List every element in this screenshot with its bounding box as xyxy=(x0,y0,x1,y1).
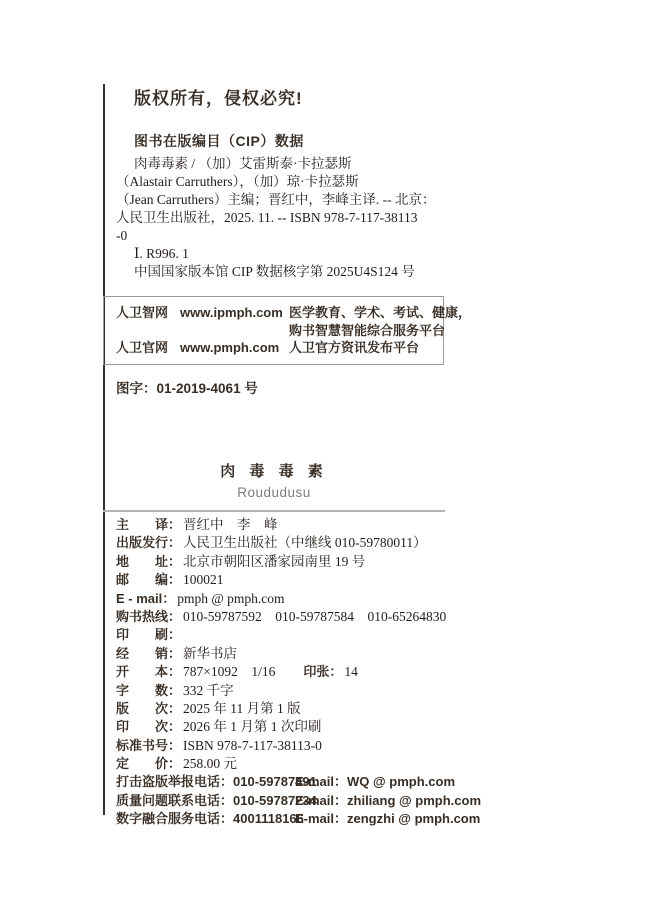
info-label: 定 价： xyxy=(116,756,181,771)
info-row-email: E - mail：pmph @ pmph.com xyxy=(116,590,626,608)
cip-line: （Alastair Carruthers），（加）琼·卡拉瑟斯 xyxy=(116,173,586,191)
hotline-email: E-mail：WQ @ pmph.com xyxy=(295,773,455,791)
info-value: 2026 年 1 月第 1 次印刷 xyxy=(183,719,321,734)
info-value: 新华书店 xyxy=(183,646,237,661)
service-url: www.ipmph.com xyxy=(180,304,289,322)
hotline-label: 质量问题联系电话： xyxy=(116,793,233,808)
hotline-label: 数字融合服务电话： xyxy=(116,811,233,826)
hotline-phone: 4001118166 xyxy=(233,811,304,826)
info-label: 版 次： xyxy=(116,701,181,716)
info-label: 印 刷： xyxy=(116,627,181,642)
service-url xyxy=(180,322,289,340)
info-row-distributor: 经 销：新华书店 xyxy=(116,645,626,663)
hotline-email: E-mail：zengzhi @ pmph.com xyxy=(295,810,480,828)
publication-info-list: 主 译：晋红中 李 峰 出版发行：人民卫生出版社（中继线 010-5978001… xyxy=(116,516,626,829)
email-value: zengzhi @ pmph.com xyxy=(347,811,480,826)
info-value: 人民卫生出版社（中继线 010-59780011） xyxy=(183,535,427,550)
cip-classification: Ⅰ. R996. 1 xyxy=(116,245,586,263)
info-value: 晋红中 李 峰 xyxy=(183,517,278,532)
service-desc: 医学教育、学术、考试、健康， xyxy=(289,304,471,322)
info-value: 258.00 元 xyxy=(183,756,237,771)
publisher-services-box: 人卫智网 www.ipmph.com 医学教育、学术、考试、健康， 购书智慧智能… xyxy=(103,296,444,365)
info-row-printing: 印 次：2026 年 1 月第 1 次印刷 xyxy=(116,718,626,736)
left-vertical-rule xyxy=(103,84,105,815)
title-block: 肉 毒 毒 素 Roududusu xyxy=(103,460,445,500)
hotline-row-quality: 质量问题联系电话：010-59787234E-mail：zhiliang @ p… xyxy=(116,792,626,810)
info-value: ISBN 978-7-117-38113-0 xyxy=(183,738,322,753)
info-row-address: 地 址：北京市朝阳区潘家园南里 19 号 xyxy=(116,553,626,571)
info-label: 出版发行： xyxy=(116,535,181,550)
info-row-postcode: 邮 编：100021 xyxy=(116,571,626,589)
email-label: E-mail： xyxy=(295,774,347,789)
info-label: E - mail： xyxy=(116,591,175,606)
copyright-page: { "page": { "copyright_notice": "版权所有，侵权… xyxy=(0,0,651,900)
hotline-email: E-mail：zhiliang @ pmph.com xyxy=(295,792,481,810)
info-row-translators: 主 译：晋红中 李 峰 xyxy=(116,516,626,534)
info-row-printer: 印 刷： xyxy=(116,626,626,644)
info-value: pmph @ pmph.com xyxy=(177,591,284,606)
info-value: 2025 年 11 月第 1 版 xyxy=(183,701,301,716)
info-value: 北京市朝阳区潘家园南里 19 号 xyxy=(183,554,365,569)
book-title: 肉 毒 毒 素 xyxy=(103,460,445,481)
cip-line: -0 xyxy=(116,227,586,245)
cip-heading: 图书在版编目（CIP）数据 xyxy=(134,131,304,151)
info-label: 地 址： xyxy=(116,554,181,569)
cip-line: 肉毒毒素 / （加）艾雷斯泰·卡拉瑟斯 xyxy=(116,155,586,173)
hotline-row-digital: 数字融合服务电话：4001118166E-mail：zengzhi @ pmph… xyxy=(116,810,626,828)
email-label: E-mail： xyxy=(295,811,347,826)
info-label-sheets: 印张： xyxy=(303,664,342,679)
info-value: 787×1092 1/16 xyxy=(183,664,275,679)
info-label: 印 次： xyxy=(116,719,181,734)
copyright-notice: 版权所有，侵权必究! xyxy=(134,84,303,109)
info-label: 主 译： xyxy=(116,517,181,532)
service-desc: 购书智慧智能综合服务平台 xyxy=(289,322,471,340)
info-row-isbn: 标准书号：ISBN 978-7-117-38113-0 xyxy=(116,737,626,755)
divider-rule xyxy=(103,510,445,512)
license-number: 图字：01-2019-4061 号 xyxy=(116,377,258,397)
email-label: E-mail： xyxy=(295,793,347,808)
info-row-order-hotline: 购书热线：010-59787592 010-59787584 010-65264… xyxy=(116,608,626,626)
service-url: www.pmph.com xyxy=(180,339,289,357)
info-row-price: 定 价：258.00 元 xyxy=(116,755,626,773)
hotline-label: 打击盗版举报电话： xyxy=(116,774,233,789)
info-value: 010-59787592 010-59787584 010-65264830 xyxy=(183,609,446,624)
info-label: 开 本： xyxy=(116,664,181,679)
info-value: 332 千字 xyxy=(183,683,234,698)
info-value-sheets: 14 xyxy=(344,664,358,679)
service-desc: 人卫官方资讯发布平台 xyxy=(289,339,471,357)
info-row-publisher: 出版发行：人民卫生出版社（中继线 010-59780011） xyxy=(116,534,626,552)
email-value: zhiliang @ pmph.com xyxy=(347,793,481,808)
cip-block: 肉毒毒素 / （加）艾雷斯泰·卡拉瑟斯 （Alastair Carruthers… xyxy=(116,155,586,281)
cip-line: 人民卫生出版社，2025. 11. -- ISBN 978-7-117-3811… xyxy=(116,209,586,227)
info-label: 邮 编： xyxy=(116,572,181,587)
info-label: 标准书号： xyxy=(116,738,181,753)
book-title-pinyin: Roududusu xyxy=(103,485,445,500)
service-name: 人卫智网 xyxy=(116,304,180,322)
services-grid: 人卫智网 www.ipmph.com 医学教育、学术、考试、健康， 购书智慧智能… xyxy=(116,304,443,357)
info-label: 购书热线： xyxy=(116,609,181,624)
info-label: 字 数： xyxy=(116,683,181,698)
hotline-row-piracy: 打击盗版举报电话：010-59787491E-mail：WQ @ pmph.co… xyxy=(116,773,626,791)
info-row-wordcount: 字 数：332 千字 xyxy=(116,682,626,700)
info-row-edition: 版 次：2025 年 11 月第 1 版 xyxy=(116,700,626,718)
service-name: 人卫官网 xyxy=(116,339,180,357)
info-label: 经 销： xyxy=(116,646,181,661)
email-value: WQ @ pmph.com xyxy=(347,774,455,789)
cip-record-number: 中国国家版本馆 CIP 数据核字第 2025U4S124 号 xyxy=(116,263,586,281)
service-name xyxy=(116,322,180,340)
cip-line: （Jean Carruthers）主编；晋红中，李峰主译. -- 北京： xyxy=(116,191,586,209)
info-row-format: 开 本：787×1092 1/16印张：14 xyxy=(116,663,626,681)
info-value: 100021 xyxy=(183,572,224,587)
